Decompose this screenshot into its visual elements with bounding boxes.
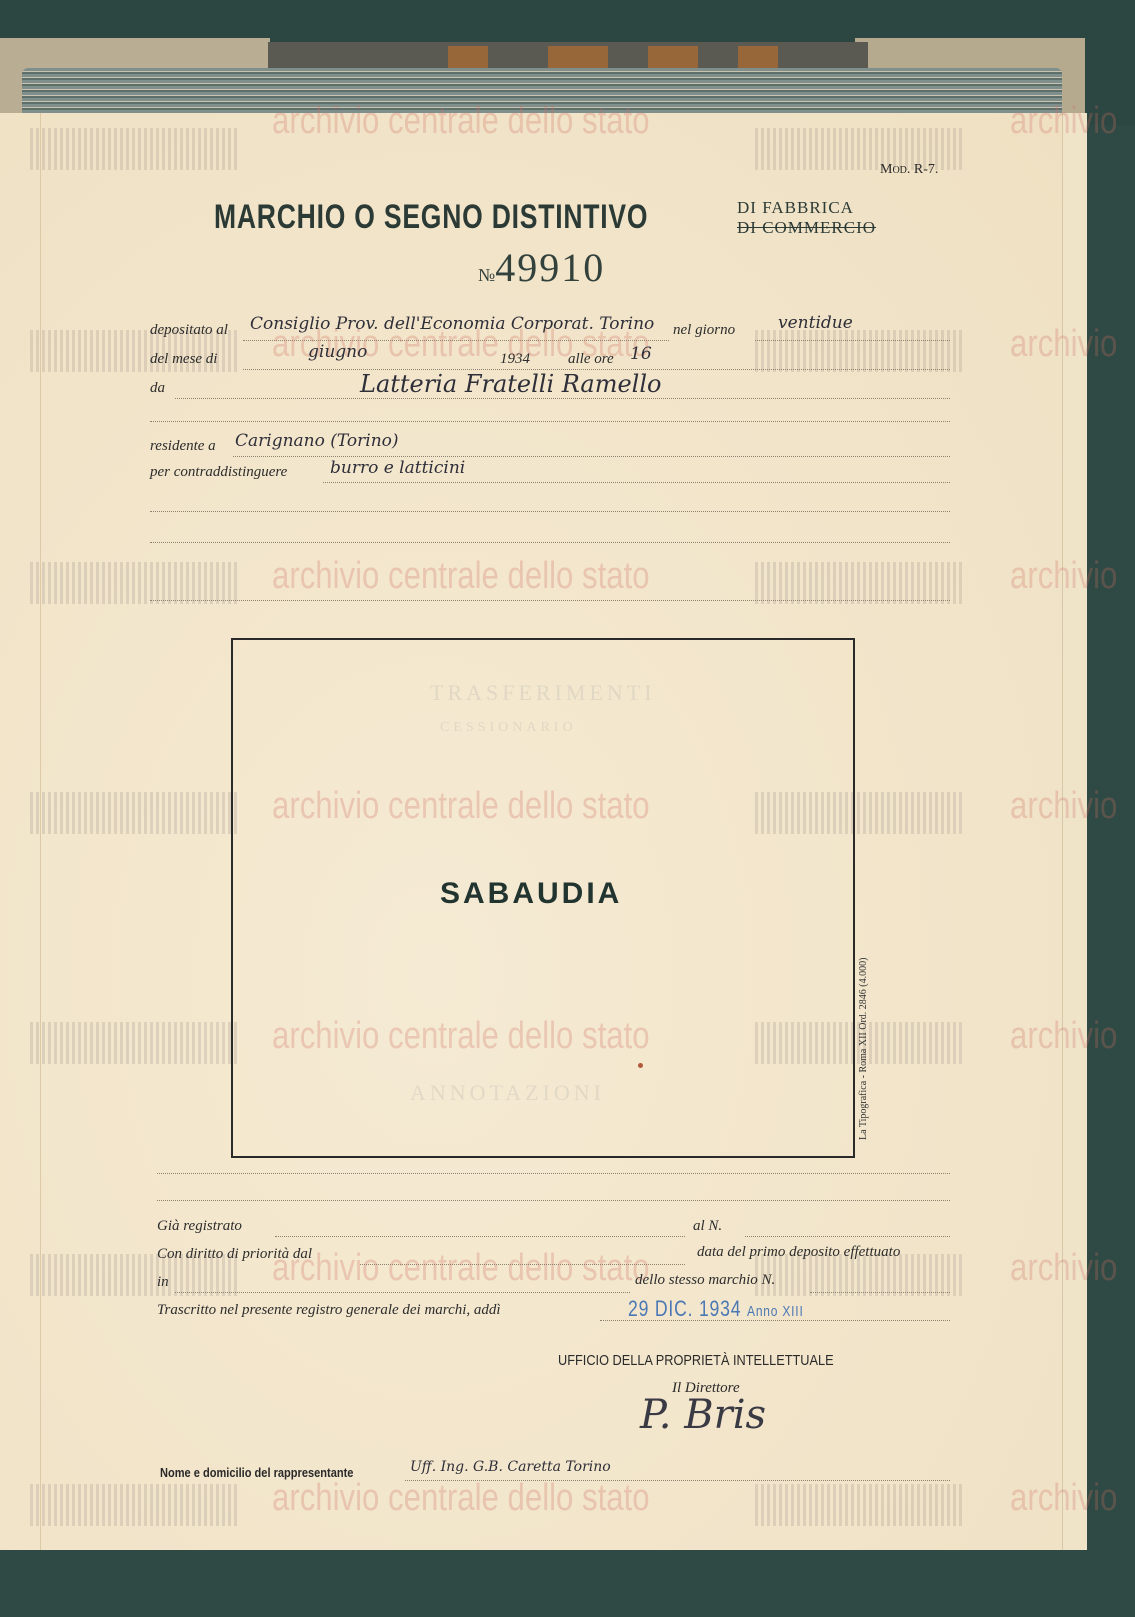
trascritto-label: Trascritto nel presente registro general… (157, 1302, 501, 1319)
anno-value: 1934 (500, 351, 530, 368)
registration-number: №49910 (478, 244, 605, 291)
contraddistinguere-label: per contraddistinguere (150, 464, 287, 481)
representative-value: Uff. Ing. G.B. Caretta Torino (410, 1459, 611, 1475)
watermark-logo (30, 128, 240, 170)
number-sign: № (478, 265, 495, 285)
printer-note: La Tipografica - Roma XII Ord. 2846 (4.0… (858, 958, 869, 1140)
giorno-label: nel giorno (673, 322, 735, 339)
da-label: da (150, 380, 165, 397)
residente-label: residente a (150, 438, 216, 455)
ore-label: alle ore (568, 351, 614, 368)
giorno-value: ventidue (778, 313, 853, 333)
stamp-anno: Anno XIII (747, 1303, 804, 1320)
underlying-page-edge (1062, 113, 1087, 1550)
watermark-logo (30, 1022, 240, 1064)
ink-spot (638, 1063, 643, 1068)
gia-registrato-label: Già registrato (157, 1218, 242, 1235)
watermark-logo (30, 1484, 240, 1526)
watermark-logo (755, 330, 965, 372)
mese-value: giugno (308, 342, 367, 362)
watermark-logo (755, 562, 965, 604)
mese-label: del mese di (150, 351, 217, 368)
in-label: in (157, 1274, 169, 1291)
contraddistinguere-value: burro e latticini (330, 458, 465, 478)
watermark-logo (30, 792, 240, 834)
model-code: Mod. R-7. (880, 162, 938, 178)
priorita-label: Con diritto di priorità dal (157, 1246, 312, 1263)
trademark-name: SABAUDIA (440, 877, 622, 911)
director-signature: P. Bris (640, 1392, 766, 1438)
residente-value: Carignano (Torino) (235, 431, 399, 451)
da-value: Latteria Fratelli Ramello (360, 370, 661, 398)
data-primo-label: data del primo deposito effettuato (697, 1244, 900, 1261)
representative-label: Nome e domicilio del rappresentante (160, 1465, 353, 1480)
transcription-date-stamp: 29 DIC. 1934 Anno XIII (628, 1296, 804, 1322)
watermark-logo (30, 562, 240, 604)
type-commercio-struck: DI COMMERCIO (737, 218, 876, 238)
page-stack-edge (22, 68, 1062, 116)
ore-value: 16 (630, 344, 652, 364)
number-value: 49910 (495, 245, 605, 290)
stesso-marchio-label: dello stesso marchio N. (635, 1272, 775, 1289)
depositato-value: Consiglio Prov. dell'Economia Corporat. … (250, 314, 654, 334)
al-n-label: al N. (693, 1218, 722, 1235)
watermark-logo (755, 1484, 965, 1526)
depositato-label: depositato al (150, 322, 228, 339)
type-fabbrica: DI FABBRICA (737, 198, 854, 218)
document-title: MARCHIO O SEGNO DISTINTIVO (214, 198, 648, 237)
office-name: UFFICIO DELLA PROPRIETÀ INTELLETTUALE (558, 1352, 834, 1369)
book-binding (0, 0, 1135, 125)
stamp-date: 29 DIC. 1934 (628, 1296, 741, 1321)
